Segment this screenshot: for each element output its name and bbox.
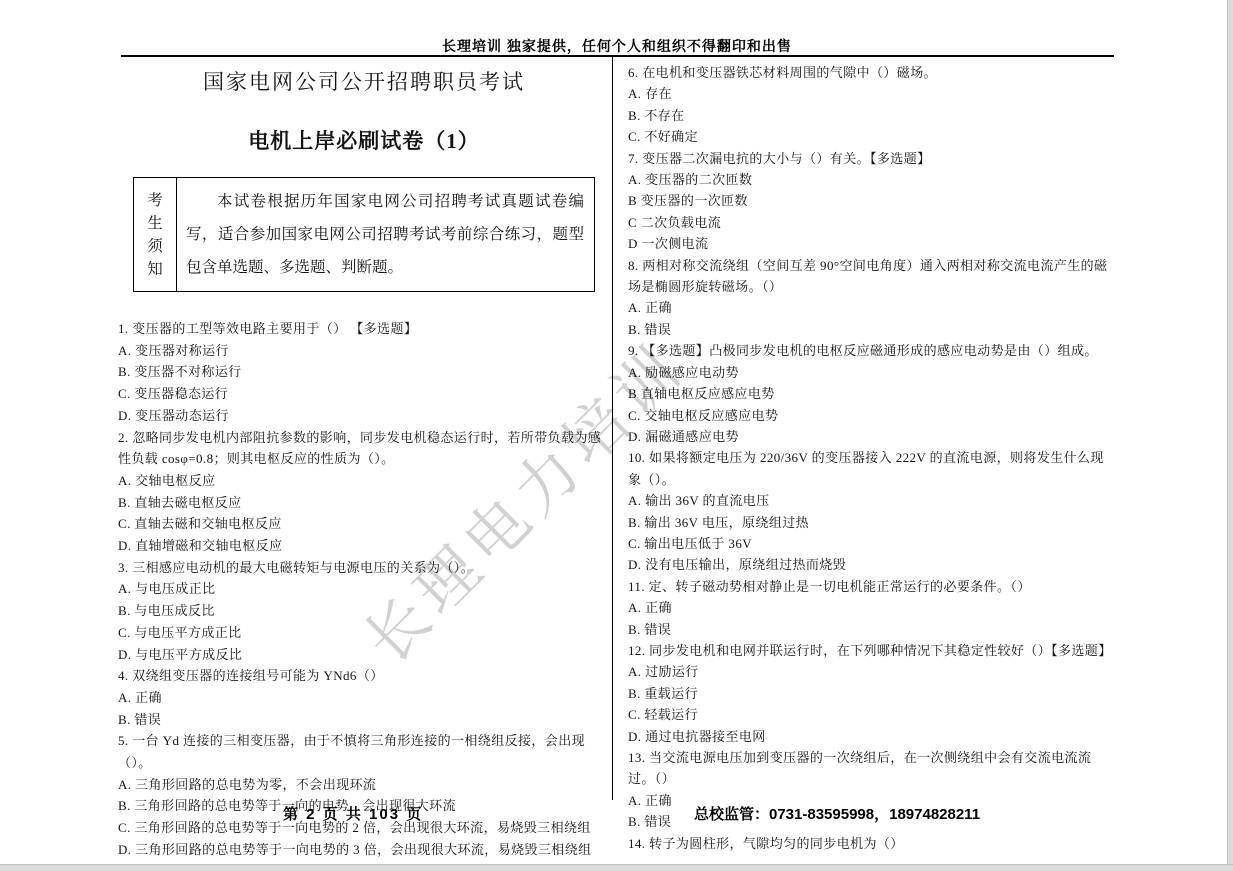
- copyright-banner: 长理培训 独家提供，任何个人和组织不得翻印和出售: [120, 36, 1114, 56]
- question-option: D. 与电压平方成反比: [118, 644, 610, 666]
- question-option: B. 直轴去磁电枢反应: [118, 492, 610, 514]
- question-option: C. 输出电压低于 36V: [628, 533, 1110, 554]
- question-option: C 二次负载电流: [628, 212, 1110, 233]
- left-column: 国家电网公司公开招聘职员考试 电机上岸必刷试卷（1） 考生须知 本试卷根据历年国…: [118, 60, 610, 861]
- question-option: C. 交轴电枢反应感应电势: [628, 405, 1110, 426]
- question-option: B. 重载运行: [628, 683, 1110, 704]
- question-option: A. 正确: [628, 597, 1110, 618]
- question-text: 3. 三相感应电动机的最大电磁转矩与电源电压的关系为（）。: [118, 557, 610, 579]
- window-right-edge[interactable]: [1227, 0, 1233, 871]
- question-text: 5. 一台 Yd 连接的三相变压器，由于不慎将三角形连接的一相绕组反接，会出现（…: [118, 730, 610, 773]
- question-option: B. 变压器不对称运行: [118, 361, 610, 383]
- notice-label-char: 须: [147, 235, 163, 258]
- question-option: B. 不存在: [628, 105, 1110, 126]
- question-text: 6. 在电机和变压器铁芯材料周围的气隙中（）磁场。: [628, 62, 1110, 83]
- question-list-right: 6. 在电机和变压器铁芯材料周围的气隙中（）磁场。A. 存在B. 不存在C. 不…: [628, 62, 1110, 854]
- question-option: C. 直轴去磁和交轴电枢反应: [118, 513, 610, 535]
- question-text: 4. 双绕组变压器的连接组号可能为 YNd6（）: [118, 665, 610, 687]
- question-option: A. 输出 36V 的直流电压: [628, 490, 1110, 511]
- question-option: D. 漏磁通感应电势: [628, 426, 1110, 447]
- question-text: 11. 定、转子磁动势相对静止是一切电机能正常运行的必要条件。（）: [628, 576, 1110, 597]
- notice-label-char: 生: [147, 212, 163, 235]
- exam-subtitle: 电机上岸必刷试卷（1）: [118, 125, 610, 155]
- question-option: C. 轻载运行: [628, 704, 1110, 725]
- question-option: A. 正确: [628, 297, 1110, 318]
- question-option: A. 存在: [628, 83, 1110, 104]
- exam-title: 国家电网公司公开招聘职员考试: [118, 66, 610, 96]
- question-option: C. 变压器稳态运行: [118, 383, 610, 405]
- question-option: A. 励磁感应电动势: [628, 362, 1110, 383]
- question-option: C. 与电压平方成正比: [118, 622, 610, 644]
- question-option: A. 变压器对称运行: [118, 340, 610, 362]
- question-option: C. 不好确定: [628, 126, 1110, 147]
- question-text: 14. 转子为圆柱形，气隙均匀的同步电机为（）: [628, 833, 1110, 854]
- question-text: 9. 【多选题】凸极同步发电机的电枢反应磁通形成的感应电动势是由（）组成。: [628, 340, 1110, 361]
- examinee-notice-box: 考生须知 本试卷根据历年国家电网公司招聘考试真题试卷编写，适合参加国家电网公司招…: [133, 177, 595, 292]
- contact-phone: 总校监管：0731-83595998，18974828211: [694, 803, 980, 824]
- question-option: B 直轴电枢反应感应电势: [628, 383, 1110, 404]
- examinee-notice-label: 考生须知: [134, 178, 177, 291]
- question-option: A. 过励运行: [628, 661, 1110, 682]
- question-option: D. 通过电抗器接至电网: [628, 726, 1110, 747]
- question-option: B. 错误: [118, 709, 610, 731]
- question-text: 1. 变压器的工型等效电路主要用于（） 【多选题】: [118, 318, 610, 340]
- right-column: 6. 在电机和变压器铁芯材料周围的气隙中（）磁场。A. 存在B. 不存在C. 不…: [628, 60, 1110, 854]
- question-text: 12. 同步发电机和电网并联运行时，在下列哪种情况下其稳定性较好（）【多选题】: [628, 640, 1110, 661]
- question-option: D. 直轴增磁和交轴电枢反应: [118, 535, 610, 557]
- notice-label-char: 考: [147, 189, 163, 212]
- question-option: A. 三角形回路的总电势为零，不会出现环流: [118, 774, 610, 796]
- question-option: D. 变压器动态运行: [118, 405, 610, 427]
- question-option: B. 错误: [628, 619, 1110, 640]
- page-number: 第 2 页 共 103 页: [283, 803, 423, 824]
- question-text: 8. 两相对称交流绕组（空间互差 90°空间电角度）通入两相对称交流电流产生的磁…: [628, 255, 1110, 298]
- question-option: B. 错误: [628, 319, 1110, 340]
- question-text: 7. 变压器二次漏电抗的大小与（）有关。【多选题】: [628, 148, 1110, 169]
- question-option: D. 没有电压输出，原绕组过热而烧毁: [628, 554, 1110, 575]
- question-list-left: 1. 变压器的工型等效电路主要用于（） 【多选题】A. 变压器对称运行B. 变压…: [118, 318, 610, 861]
- question-option: A. 交轴电枢反应: [118, 470, 610, 492]
- question-option: D 一次侧电流: [628, 233, 1110, 254]
- header-rule: [121, 55, 1114, 57]
- document-page: { "header": { "notice": "长理培训 独家提供，任何个人和…: [0, 0, 1233, 871]
- window-bottom-edge[interactable]: [0, 864, 1233, 871]
- notice-label-char: 知: [147, 258, 163, 281]
- question-option: A. 变压器的二次匝数: [628, 169, 1110, 190]
- question-option: B 变压器的一次匝数: [628, 190, 1110, 211]
- question-option: A. 与电压成正比: [118, 578, 610, 600]
- question-text: 13. 当交流电源电压加到变压器的一次绕组后，在一次侧绕组中会有交流电流流过。（…: [628, 747, 1110, 790]
- column-divider: [612, 57, 613, 800]
- question-option: B. 输出 36V 电压，原绕组过热: [628, 512, 1110, 533]
- examinee-notice-text: 本试卷根据历年国家电网公司招聘考试真题试卷编写，适合参加国家电网公司招聘考试考前…: [177, 178, 594, 291]
- question-text: 10. 如果将额定电压为 220/36V 的变压器接入 222V 的直流电源，则…: [628, 447, 1110, 490]
- question-option: A. 正确: [118, 687, 610, 709]
- question-option: D. 三角形回路的总电势等于一向电势的 3 倍，会出现很大环流，易烧毁三相绕组: [118, 839, 610, 861]
- question-option: B. 与电压成反比: [118, 600, 610, 622]
- question-text: 2. 忽略同步发电机内部阻抗参数的影响，同步发电机稳态运行时，若所带负载为感性负…: [118, 427, 610, 470]
